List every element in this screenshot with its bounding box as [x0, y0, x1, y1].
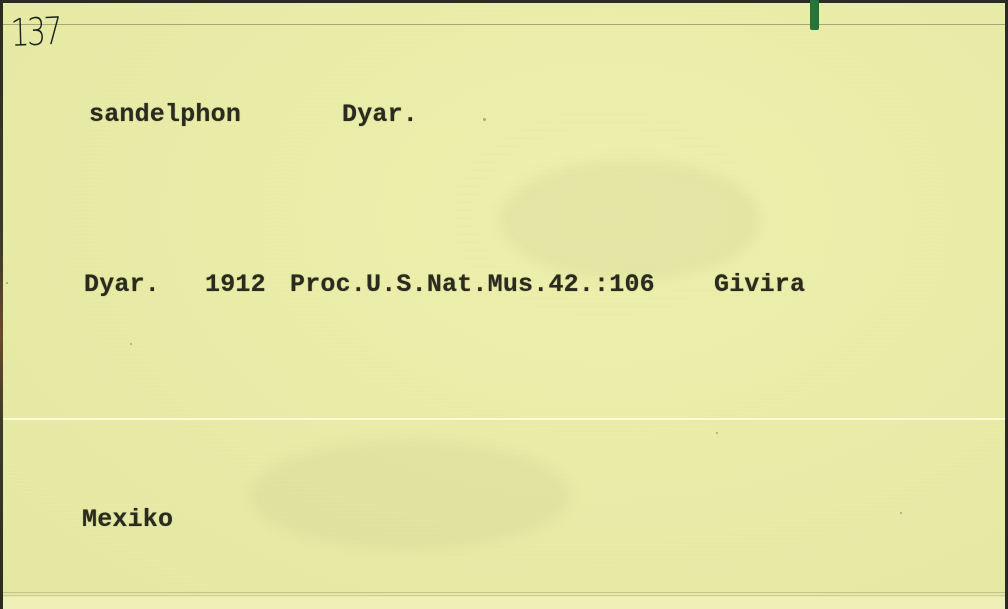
paper-speck	[900, 512, 902, 514]
locality: Mexiko	[82, 507, 173, 532]
species-author: Dyar.	[342, 102, 418, 127]
reference-author: Dyar.	[84, 272, 160, 297]
reference-genus: Givira	[714, 272, 805, 297]
paper-speck	[130, 343, 132, 345]
card-left-edge	[0, 0, 3, 609]
reference-citation: Proc.U.S.Nat.Mus.42.:106	[290, 272, 655, 297]
card-top-edge	[0, 0, 1008, 3]
bottom-rule-line-secondary	[3, 595, 1005, 596]
green-tab-marker	[810, 0, 819, 30]
paper-stain	[500, 160, 760, 280]
paper-stain	[250, 440, 570, 550]
species-name: sandelphon	[89, 102, 241, 127]
reference-year: 1912	[205, 272, 266, 297]
paper-speck	[6, 282, 8, 284]
handwritten-card-number: 137	[10, 12, 61, 52]
card-bottom-strip	[3, 597, 1005, 609]
bottom-rule-line	[3, 592, 1005, 593]
paper-speck	[483, 118, 486, 121]
top-rule-line	[3, 24, 1005, 25]
paper-speck	[716, 432, 718, 434]
fold-line	[3, 418, 1005, 420]
index-card: 137 sandelphon Dyar. Dyar. 1912 Proc.U.S…	[0, 0, 1008, 609]
